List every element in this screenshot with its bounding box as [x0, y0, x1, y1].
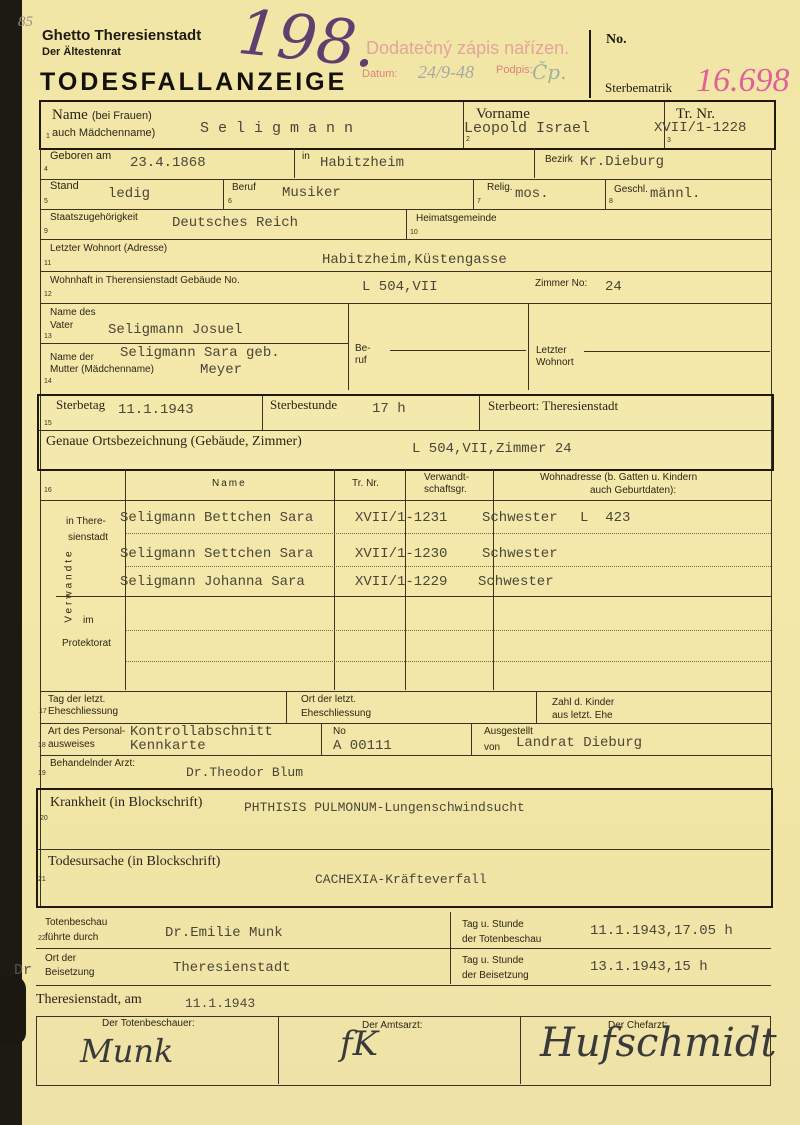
kinder-label-2: aus letzt. Ehe	[552, 710, 613, 721]
field-number: 3	[667, 137, 671, 144]
totenbeschau-tag-label-1: Tag u. Stunde	[462, 919, 524, 930]
row-line	[40, 303, 772, 304]
divider	[406, 209, 407, 239]
wohnhaft-value: L 504,VII	[362, 279, 438, 295]
group-protektorat-2: Protektorat	[62, 638, 111, 649]
geboren-value: 23.4.1868	[130, 155, 206, 171]
divider	[520, 1016, 521, 1084]
beisetzung-tag-label-1: Tag u. Stunde	[462, 955, 524, 966]
ausweis-no-value: A 00111	[333, 738, 392, 754]
field-number: 18	[38, 742, 46, 749]
heimat-label: Heimatsgemeinde	[416, 213, 497, 224]
field-number: 12	[44, 291, 52, 298]
org-line-2: Der Ältestenrat	[42, 46, 121, 58]
dotted-line	[126, 630, 771, 631]
kinder-label-1: Zahl d. Kinder	[552, 697, 614, 708]
stamp-datum-value: 24/9-48	[418, 62, 474, 83]
divider	[605, 179, 606, 209]
divider	[528, 303, 529, 390]
arzt-label: Behandelnder Arzt:	[50, 758, 135, 769]
row-line	[40, 343, 348, 344]
trnr-value: XVII/1-1228	[654, 120, 746, 136]
group-line	[56, 596, 772, 597]
beisetzung-tag-label-2: der Beisetzung	[462, 970, 529, 981]
chefarzt-signature: Hufschmidt	[540, 1020, 777, 1066]
field-number: 13	[44, 333, 52, 340]
mutter-label-1: Name der	[50, 352, 94, 363]
row-line	[40, 271, 772, 272]
ausgestellt-value: Landrat Dieburg	[516, 735, 642, 751]
wohnort-value: Habitzheim,Küstengasse	[322, 252, 507, 268]
org-line-1: Ghetto Theresienstadt	[42, 27, 201, 44]
stamp-datum-label: Datum:	[362, 68, 397, 80]
field-number: 9	[44, 228, 48, 235]
field-number: 8	[609, 198, 613, 205]
mutter-value-1: Seligmann Sara geb.	[120, 345, 280, 361]
beruf-label: Beruf	[232, 182, 256, 193]
zimmer-label: Zimmer No:	[535, 278, 587, 289]
vater-label-2: Vater	[50, 320, 73, 331]
totenbeschau-tag-value: 11.1.1943,17.05 h	[590, 923, 733, 939]
field-number: 22	[38, 935, 46, 942]
dotted-line	[126, 533, 771, 534]
amtsarzt-signature: fK	[340, 1024, 378, 1064]
field-number: 4	[44, 166, 48, 173]
geschl-label: Geschl.	[614, 184, 648, 195]
ausweis-art-label-2: ausweises	[48, 739, 95, 750]
field-number: 6	[228, 198, 232, 205]
todesursache-value: CACHEXIA-Kräfteverfall	[315, 872, 487, 887]
row-line	[40, 755, 772, 756]
ehe-tag-label-1: Tag der letzt.	[48, 694, 105, 705]
stamp-signature: Čp.	[532, 60, 566, 84]
relig-value: mos.	[515, 186, 549, 202]
header-line	[40, 500, 772, 501]
zimmer-value: 24	[605, 279, 622, 295]
vater-label-1: Name des	[50, 307, 96, 318]
group-theresienstadt-2: sienstadt	[68, 532, 108, 543]
ehe-tag-label-2: Eheschliessung	[48, 706, 118, 717]
beruf-value: Musiker	[282, 185, 341, 201]
field-number: 10	[410, 229, 418, 236]
divider	[471, 723, 472, 755]
field-number: 5	[44, 198, 48, 205]
pencil-mark: 85	[18, 14, 33, 31]
divider	[536, 691, 537, 723]
beisetzung-label-1: Ort der	[45, 953, 76, 964]
relative-relation: Schwester	[482, 546, 558, 562]
vater-value: Seligmann Josuel	[108, 322, 242, 338]
header-divider	[589, 30, 591, 98]
sterbetag-value: 11.1.1943	[118, 402, 194, 418]
bezirk-value: Kr.Dieburg	[580, 154, 664, 170]
totenbeschau-label-1: Totenbeschau	[45, 917, 107, 928]
field-number: 17	[39, 708, 47, 715]
ausweis-art-value-2: Kennkarte	[130, 738, 206, 754]
field-number: 16	[44, 487, 52, 494]
field-number: 2	[466, 136, 470, 143]
stamp-podpis-label: Podpis:	[496, 64, 533, 76]
paper-damage	[0, 975, 26, 1045]
ortsbez-label: Genaue Ortsbezeichnung (Gebäude, Zimmer)	[46, 434, 302, 450]
totenbeschau-value: Dr.Emilie Munk	[165, 925, 283, 941]
row-line	[40, 239, 772, 240]
relative-trnr: XVII/1-1231	[355, 510, 447, 526]
wohnort-label: Letzter Wohnort (Adresse)	[50, 243, 167, 254]
beruf-line	[390, 350, 526, 351]
totenbeschau-tag-label-2: der Totenbeschau	[462, 934, 541, 945]
col-header-wohn-2: auch Geburtdaten):	[590, 485, 676, 496]
vorname-value: Leopold Israel	[464, 120, 590, 137]
place-label: Theresienstadt, am	[36, 992, 142, 1008]
relig-label: Relig.	[487, 182, 513, 193]
mutter-value-2: Meyer	[200, 362, 242, 378]
sterbeort-label: Sterbeort: Theresienstadt	[488, 398, 618, 414]
ehe-ort-label-1: Ort der letzt.	[301, 694, 356, 705]
group-protektorat-1: im	[83, 615, 94, 626]
todesursache-label: Todesursache (in Blockschrift)	[48, 854, 220, 870]
col-header-verw-1: Verwandt-	[424, 472, 469, 483]
divider	[262, 396, 263, 430]
stand-label: Stand	[50, 180, 79, 192]
geburtsort-value: Habitzheim	[320, 155, 404, 171]
dotted-line	[126, 661, 771, 662]
totenbeschauer-signature: Munk	[80, 1032, 173, 1070]
beisetzung-value: Theresienstadt	[173, 960, 291, 976]
dotted-line	[126, 566, 771, 567]
totenbeschau-label-2: führte durch	[45, 932, 98, 943]
krankheit-value: PHTHISIS PULMONUM-Lungenschwindsucht	[244, 800, 525, 815]
relative-trnr: XVII/1-1230	[355, 546, 447, 562]
row-line	[39, 430, 772, 431]
sterbetag-label: Sterbetag	[56, 397, 105, 413]
relative-address: L 423	[580, 510, 630, 526]
eltern-beruf-label-2: ruf	[355, 355, 367, 366]
row-line	[38, 849, 770, 850]
field-number: 11	[44, 260, 51, 267]
eltern-wohnort-label-2: Wohnort	[536, 357, 574, 368]
divider	[286, 691, 287, 723]
no-label: No.	[606, 32, 627, 48]
ausweis-no-label: No	[333, 726, 346, 737]
handwritten-number: 198.	[235, 0, 380, 82]
relative-relation: Schwester	[478, 574, 554, 590]
sterbematrik-number: 16.698	[696, 62, 790, 100]
verwandte-side-label: Verwandte	[64, 548, 75, 622]
relative-name: Seligmann Bettchen Sara	[120, 510, 313, 526]
ausgestellt-label-2: von	[484, 742, 500, 753]
geschl-value: männl.	[650, 186, 700, 202]
in-label: in	[302, 151, 310, 162]
relative-name: Seligmann Settchen Sara	[120, 546, 313, 562]
field-number: 7	[477, 198, 481, 205]
staat-label: Staatszugehörigkeit	[50, 212, 138, 223]
field-number: 14	[44, 378, 52, 385]
row-line	[40, 691, 772, 692]
row-line	[40, 179, 772, 180]
field-number: 1	[46, 133, 50, 140]
staat-value: Deutsches Reich	[172, 215, 298, 231]
relative-name: Seligmann Johanna Sara	[120, 574, 305, 590]
surname-value: S e l i g m a n n	[200, 120, 353, 137]
col-header-wohn-1: Wohnadresse (b. Gatten u. Kindern	[540, 472, 697, 483]
col-header-name: Name	[212, 478, 247, 489]
beisetzung-tag-value: 13.1.1943,15 h	[590, 959, 708, 975]
divider	[321, 723, 322, 755]
divider	[223, 179, 224, 209]
wohnort-line	[584, 351, 770, 352]
krankheit-label: Krankheit (in Blockschrift)	[50, 795, 202, 811]
totenbeschauer-label: Der Totenbeschauer:	[102, 1018, 195, 1029]
geboren-label: Geboren am	[50, 150, 111, 162]
divider	[294, 148, 295, 178]
divider	[479, 396, 480, 430]
wohnhaft-label: Wohnhaft in Therensienstadt Gebäude No.	[50, 275, 240, 286]
group-theresienstadt-1: in There-	[66, 516, 106, 527]
sterbestunde-value: 17 h	[372, 401, 406, 417]
name-label: Name (bei Frauen)	[52, 106, 152, 124]
ehe-ort-label-2: Eheschliessung	[301, 708, 371, 719]
field-number: 19	[38, 770, 46, 777]
ausweis-art-label-1: Art des Personal-	[48, 726, 125, 737]
col-header-trnr: Tr. Nr.	[352, 478, 379, 489]
mutter-label-2: Mutter (Mädchenname)	[50, 364, 154, 375]
relative-relation: Schwester	[482, 510, 558, 526]
col-header-verw-2: schaftsgr.	[424, 484, 467, 495]
eltern-beruf-label-1: Be-	[355, 343, 371, 354]
stamp-text: Dodatečný zápis nařízen.	[366, 38, 569, 59]
field-number: 20	[40, 815, 48, 822]
bezirk-label: Bezirk	[545, 154, 573, 165]
divider	[334, 470, 335, 690]
stand-value: ledig	[108, 186, 150, 202]
arzt-value: Dr.Theodor Blum	[186, 765, 303, 780]
eltern-wohnort-label-1: Letzter	[536, 345, 567, 356]
field-number: 15	[44, 420, 52, 427]
place-date: 11.1.1943	[185, 996, 255, 1011]
row-line	[36, 985, 771, 986]
beisetzung-label-2: Beisetzung	[45, 967, 94, 978]
sterbestunde-label: Sterbestunde	[270, 397, 337, 413]
divider	[534, 148, 535, 178]
relative-trnr: XVII/1-1229	[355, 574, 447, 590]
name-label-2: auch Mädchenname)	[52, 127, 155, 139]
divider	[278, 1016, 279, 1084]
divider	[473, 179, 474, 209]
field-number: 21	[38, 876, 46, 883]
sterbematrik-label: Sterbematrik	[605, 80, 672, 96]
ortsbez-value: L 504,VII,Zimmer 24	[412, 441, 572, 457]
row-line	[36, 948, 771, 949]
divider	[348, 303, 349, 390]
